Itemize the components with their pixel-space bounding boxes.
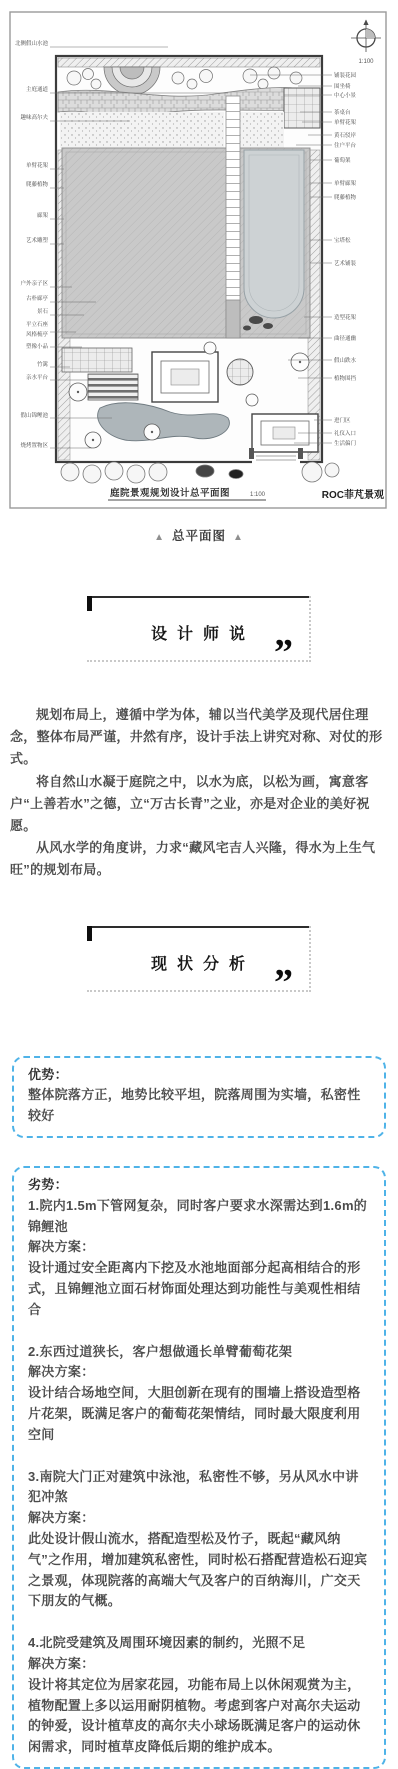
header-topline <box>87 596 309 598</box>
disadvantage-item: 4.北院受建筑及周围环境因素的制约，光照不足 解决方案： 设计将其定位为居家花园… <box>28 1633 370 1758</box>
svg-text:艺术铺装: 艺术铺装 <box>334 259 357 267</box>
header-bar <box>87 926 92 941</box>
quote-icon: ” <box>274 973 293 994</box>
svg-text:北侧假山水池: 北侧假山水池 <box>15 39 49 47</box>
section-header-designer: 设计师说 ” <box>87 596 311 662</box>
svg-text:亲水平台: 亲水平台 <box>26 373 49 381</box>
solution-text: 设计结合场地空间，大胆创新在现有的围墙上搭设造型格片花架，既满足客户的葡萄花架情… <box>28 1383 370 1445</box>
designer-paragraph: 从风水学的角度讲，力求“藏风宅吉人兴隆，得水为上生气旺”的规划布局。 <box>10 837 388 881</box>
header-topline <box>87 926 309 928</box>
svg-text:进门区: 进门区 <box>334 416 351 424</box>
svg-text:住户平台: 住户平台 <box>334 141 357 149</box>
svg-text:曲径通幽: 曲径通幽 <box>334 334 357 342</box>
svg-text:户外亲子区: 户外亲子区 <box>20 279 48 287</box>
svg-text:景石: 景石 <box>37 307 49 315</box>
disadvantage-item: 2.东西过道狭长，客户想做通长单臂葡萄花架 解决方案： 设计结合场地空间，大胆创… <box>28 1342 370 1446</box>
svg-text:宝塔松: 宝塔松 <box>334 236 351 244</box>
solution-label: 解决方案： <box>28 1362 370 1383</box>
figure-caption-text: 总平面图 <box>172 529 226 543</box>
section-header-analysis: 现状分析 ” <box>87 926 311 992</box>
svg-text:廊架: 廊架 <box>37 211 49 219</box>
svg-text:爬藤植物: 爬藤植物 <box>334 193 357 201</box>
svg-text:茶桌台: 茶桌台 <box>334 108 351 116</box>
svg-text:单臂花架: 单臂花架 <box>334 118 357 126</box>
solution-text: 设计通过安全距离内下挖及水池地面部分起高相结合的形式，且锦鲤池立面石材饰面处理达… <box>28 1258 370 1320</box>
side-lawn <box>240 112 284 148</box>
quote-icon: ” <box>274 643 293 664</box>
site-plan-figure: 1:100 <box>0 0 398 520</box>
golf-lawn <box>60 112 224 148</box>
problem-text: 4.北院受建筑及周围环境因素的制约，光照不足 <box>28 1633 370 1654</box>
designer-paragraph: 将自然山水凝于庭院之中，以水为底，以松为画，寓意客户“上善若水”之德，立“万古长… <box>10 771 388 838</box>
svg-text:造型花架: 造型花架 <box>334 313 357 321</box>
problem-text: 1.院内1.5m下管网复杂，同时客户要求水深需达到1.6m的锦鲤池 <box>28 1196 370 1238</box>
svg-text:假山跌水: 假山跌水 <box>334 356 357 364</box>
triangle-icon: ▲ <box>154 532 165 543</box>
svg-text:铺装花园: 铺装花园 <box>334 71 357 79</box>
problem-text: 3.南院大门正对建筑中泳池，私密性不够，另从风水中讲犯冲煞 <box>28 1467 370 1509</box>
designer-statement: 规划布局上，遵循中学为体，辅以当代美学及现代居住理念，整体布局严谨，井然有序，设… <box>10 704 388 882</box>
solution-label: 解决方案： <box>28 1237 370 1258</box>
svg-text:平立石座: 平立石座 <box>26 320 49 328</box>
disadvantage-item: 1.院内1.5m下管网复杂，同时客户要求水深需达到1.6m的锦鲤池 解决方案： … <box>28 1196 370 1321</box>
figure-caption: ▲总平面图▲ <box>0 526 398 544</box>
svg-text:围坐椅: 围坐椅 <box>334 82 351 90</box>
advantages-title: 优势： <box>28 1065 370 1086</box>
article-page: 1:100 <box>0 0 398 1769</box>
svg-text:假山锦鲤池: 假山锦鲤池 <box>20 411 48 419</box>
svg-text:塑像小品: 塑像小品 <box>26 342 49 350</box>
advantages-box: 优势： 整体院落方正，地势比较平坦，院落周围为实墙，私密性较好 <box>12 1056 386 1138</box>
svg-text:烧烤置物区: 烧烤置物区 <box>20 441 48 449</box>
svg-text:古朴廊亭: 古朴廊亭 <box>26 294 49 302</box>
svg-text:黄石驳岸: 黄石驳岸 <box>334 131 357 139</box>
compass-scale-label: 1:100 <box>358 59 374 65</box>
svg-text:艺术雕塑: 艺术雕塑 <box>26 236 49 244</box>
svg-text:风格梳亭: 风格梳亭 <box>26 330 49 338</box>
triangle-icon: ▲ <box>233 532 244 543</box>
svg-text:竹篱: 竹篱 <box>37 360 49 368</box>
pool <box>244 150 304 318</box>
svg-text:主庭通道: 主庭通道 <box>26 85 49 93</box>
disadvantages-box: 劣势： 1.院内1.5m下管网复杂，同时客户要求水深需达到1.6m的锦鲤池 解决… <box>12 1166 386 1769</box>
svg-text:趣味高尔夫: 趣味高尔夫 <box>20 113 48 121</box>
solution-text: 此处设计假山流水，搭配造型松及竹子，既起“藏风纳气”之作用，增加建筑私密性，同时… <box>28 1529 370 1612</box>
designer-paragraph: 规划布局上，遵循中学为体，辅以当代美学及现代居住理念，整体布局严谨，井然有序，设… <box>10 704 388 771</box>
svg-text:单臂廊架: 单臂廊架 <box>334 179 357 187</box>
svg-text:植物围挡: 植物围挡 <box>334 374 357 382</box>
brand-logo-text: ROC菲芃景观 <box>322 488 384 501</box>
advantages-text: 整体院落方正，地势比较平坦，院落周围为实墙，私密性较好 <box>28 1085 370 1127</box>
header-bar <box>87 596 92 611</box>
solution-label: 解决方案： <box>28 1654 370 1675</box>
solution-text: 设计将其定位为居家花园，功能布局上以休闲观赏为主，植物配置上多以运用耐阴植物。考… <box>28 1675 370 1758</box>
site-plan-drawing: 1:100 <box>0 0 398 520</box>
plan-caption-scale: 1:100 <box>250 492 266 498</box>
svg-text:爬藤植物: 爬藤植物 <box>26 180 49 188</box>
disadvantages-title: 劣势： <box>28 1175 370 1196</box>
plan-caption: 庭院景观规划设计总平面图 <box>109 487 230 499</box>
corridor <box>226 96 240 338</box>
svg-text:生活偏门: 生活偏门 <box>334 439 357 447</box>
problem-text: 2.东西过道狭长，客户想做通长单臂葡萄花架 <box>28 1342 370 1363</box>
disadvantage-item: 3.南院大门正对建筑中泳池，私密性不够，另从风水中讲犯冲煞 解决方案： 此处设计… <box>28 1467 370 1613</box>
svg-text:礼仪入口: 礼仪入口 <box>334 429 356 437</box>
solution-label: 解决方案： <box>28 1508 370 1529</box>
svg-text:葡萄架: 葡萄架 <box>334 156 351 164</box>
svg-text:中心小景: 中心小景 <box>334 91 357 99</box>
svg-text:单臂花架: 单臂花架 <box>26 161 49 169</box>
